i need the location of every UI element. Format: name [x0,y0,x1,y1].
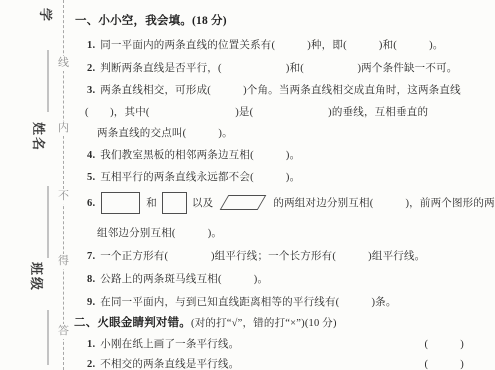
rectangle-shape [101,192,140,214]
parallelogram-shape [220,195,267,210]
connector-text: 和 [146,196,157,211]
question-text: 两条直线的交点叫( )。 [97,128,233,139]
question-text: 不相交的两条直线是平行线。 [100,359,239,370]
question-text: 互相平行的两条直线永远都不会( )。 [100,172,300,183]
class-blank-line [47,310,49,365]
question-number: 7. [87,251,95,262]
question-number: 3. [87,85,95,96]
question-text: 同一平面内的两条直线的位置关系有( )种，即( )和( )。 [100,40,443,51]
name-label: 姓名 [31,122,45,152]
question-number: 2. [87,359,95,370]
question-number: 1. [87,40,95,51]
question-text: 公路上的两条斑马线互相( )。 [100,274,268,285]
question-1: 1.同一平面内的两条直线的位置关系有( )种，即( )和( )。 [87,38,443,53]
connector-text: 以及 [192,196,213,211]
class-label: 班级 [29,262,43,292]
question-number: 5. [87,172,95,183]
section2-title: 二、火眼金睛判对错。(对的打“√”，错的打“×”)(10 分) [74,316,337,331]
question-text: ( )，其中( )是( )的垂线，互相垂直的 [85,107,428,118]
name-blank-line [47,186,49,258]
answer-parentheses: ( ) [425,337,465,352]
question-2: 2.判断两条直线是否平行，( )和( )两个条件缺一不可。 [87,61,457,76]
seal-char: 内 [56,121,71,136]
exam-paper-page: 线 内 不 得 答 学 姓名 班级 一、小小空，我会填。(18 分) 1.同一平… [0,0,495,370]
question-number: 9. [87,297,95,308]
seal-char: 答 [56,324,71,339]
judge-question-2: 2.不相交的两条直线是平行线。 ( ) [87,357,470,370]
section2-title-note: (对的打“√”，错的打“×”)(10 分) [191,318,337,329]
question-3-line-2: ( )，其中( )是( )的垂线，互相垂直的 [85,105,428,120]
judge-question-1: 1.小刚在纸上画了一条平行线。 ( ) [87,337,470,352]
seal-char: 得 [56,254,71,269]
question-number: 6. [87,196,95,211]
question-text: 在同一平面内，与到已知直线距离相等的平行线有( )条。 [100,297,396,308]
question-9: 9.在同一平面内，与到已知直线距离相等的平行线有( )条。 [87,295,397,310]
question-3-line-3: 两条直线的交点叫( )。 [97,126,233,141]
question-8: 8.公路上的两条斑马线互相( )。 [87,272,268,287]
question-4: 4.我们教室黑板的相邻两条边互相( )。 [87,148,300,163]
question-text: 判断两条直线是否平行，( )和( )两个条件缺一不可。 [100,63,457,74]
question-6-line-2: 组邻边分别互相( )。 [97,226,222,241]
question-6-line-1: 6. 和 以及 的两组对边分别互相( )，前两个图形的两 [87,192,495,214]
question-3-line-1: 3.两条直线相交，可形成( )个角。当两条直线相交成直角时，这两条直线 [87,83,461,98]
question-text: 的两组对边分别互相( )，前两个图形的两 [273,196,494,211]
question-text: 两条直线相交，可形成( )个角。当两条直线相交成直角时，这两条直线 [100,85,461,96]
question-text: 小刚在纸上画了一条平行线。 [100,339,239,350]
seal-char: 不 [56,189,71,204]
question-number: 1. [87,339,95,350]
school-blank-line [47,50,49,112]
question-number: 8. [87,274,95,285]
question-text: 我们教室黑板的相邻两条边互相( )。 [100,150,300,161]
section2-title-text: 二、火眼金睛判对错。 [74,317,191,329]
square-shape [162,192,187,214]
school-label: 学 [38,8,52,23]
question-number: 2. [87,63,95,74]
question-7: 7.一个正方形有( )组平行线；一个长方形有( )组平行线。 [87,249,425,264]
question-5: 5.互相平行的两条直线永远都不会( )。 [87,170,300,185]
section1-title: 一、小小空，我会填。(18 分) [75,14,227,29]
question-number: 4. [87,150,95,161]
question-text: 组邻边分别互相( )。 [97,228,222,239]
seal-char: 线 [56,56,71,71]
question-text: 一个正方形有( )组平行线；一个长方形有( )组平行线。 [100,251,425,262]
answer-parentheses: ( ) [425,357,465,370]
